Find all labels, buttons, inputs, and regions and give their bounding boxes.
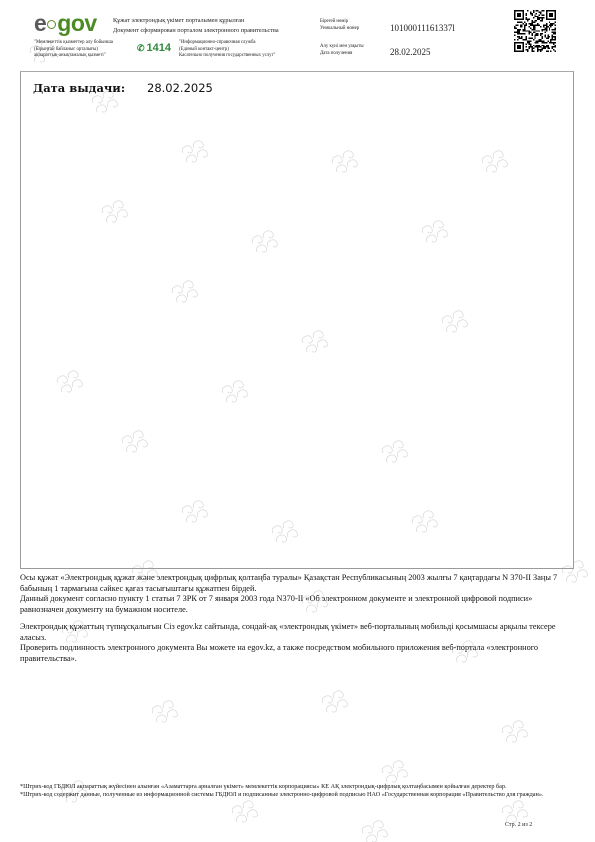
contact-center-kk: "Мемлекеттік қызметтер алу бойынша (Біры… xyxy=(34,40,113,60)
unique-number-label-ru: Уникальный номер xyxy=(320,25,359,32)
receipt-date-label-ru: Дата получения xyxy=(320,50,364,57)
ornament-watermark-icon xyxy=(230,800,260,826)
logo-e: e xyxy=(34,10,46,36)
footnote-ru: *Штрих-код содержит данные, полученные и… xyxy=(20,791,580,799)
phone-number: ✆1414 xyxy=(137,42,171,54)
receipt-date-label-kk: Алу күні мен уақыты xyxy=(320,43,364,50)
logo-gov: gov xyxy=(57,10,96,36)
barcode-footnote: *Штрих-код ГБДЮЛ ақпараттық жүйесінен ал… xyxy=(20,783,580,800)
issue-date-label: Дата выдачи: xyxy=(33,81,125,95)
portal-title: Құжат электрондық үкімет порталымен құры… xyxy=(113,16,279,36)
document-content-frame xyxy=(20,71,574,569)
unique-number-value: 10100011161337l xyxy=(390,23,455,33)
egov-logo: egov xyxy=(34,12,97,35)
receipt-date-value: 28.02.2025 xyxy=(390,47,431,57)
legal-notice-2: Электрондық құжаттың түпнұсқалығын Сіз e… xyxy=(20,622,576,665)
contact-kk-line: "Мемлекеттік қызметтер алу бойынша xyxy=(34,40,113,47)
ornament-watermark-icon xyxy=(500,720,530,746)
ornament-watermark-icon xyxy=(360,820,390,842)
legal-kk-2: Электрондық құжаттың түпнұсқалығын Сіз e… xyxy=(20,622,576,643)
footnote-kk: *Штрих-код ГБДЮЛ ақпараттық жүйесінен ал… xyxy=(20,783,580,791)
page-number: Стр. 2 из 2 xyxy=(505,822,532,828)
qr-code-icon xyxy=(514,10,556,52)
ornament-watermark-icon xyxy=(150,700,180,726)
contact-kk-line: ақпараттық-анықтамалық қызметі" xyxy=(34,53,113,60)
legal-ru-2: Проверить подлинность электронного докум… xyxy=(20,643,576,664)
contact-center-ru: "Информационно-справочная служба (Единый… xyxy=(179,40,276,60)
logo-dot-icon xyxy=(47,20,56,29)
portal-title-kk: Құжат электрондық үкімет порталымен құры… xyxy=(113,16,279,26)
legal-ru-1: Данный документ согласно пункту 1 статьи… xyxy=(20,594,576,615)
portal-title-ru: Документ сформирован порталом электронно… xyxy=(113,26,279,36)
phone-value: 1414 xyxy=(147,42,171,54)
legal-notice-1: Осы құжат «Электрондық құжат және электр… xyxy=(20,573,576,616)
document-header: egov Құжат электрондық үкімет порталымен… xyxy=(0,0,595,66)
unique-number-labels: Бірегей нөмір Уникальный номер xyxy=(320,18,359,32)
ornament-watermark-icon xyxy=(320,690,350,716)
issue-date-value: 28.02.2025 xyxy=(147,81,213,95)
unique-number-label-kk: Бірегей нөмір xyxy=(320,18,359,25)
legal-kk-1: Осы құжат «Электрондық құжат және электр… xyxy=(20,573,576,594)
receipt-date-labels: Алу күні мен уақыты Дата получения xyxy=(320,43,364,57)
contact-ru-line: Касательно получения государственных усл… xyxy=(179,53,276,60)
phone-icon: ✆ xyxy=(137,43,145,53)
